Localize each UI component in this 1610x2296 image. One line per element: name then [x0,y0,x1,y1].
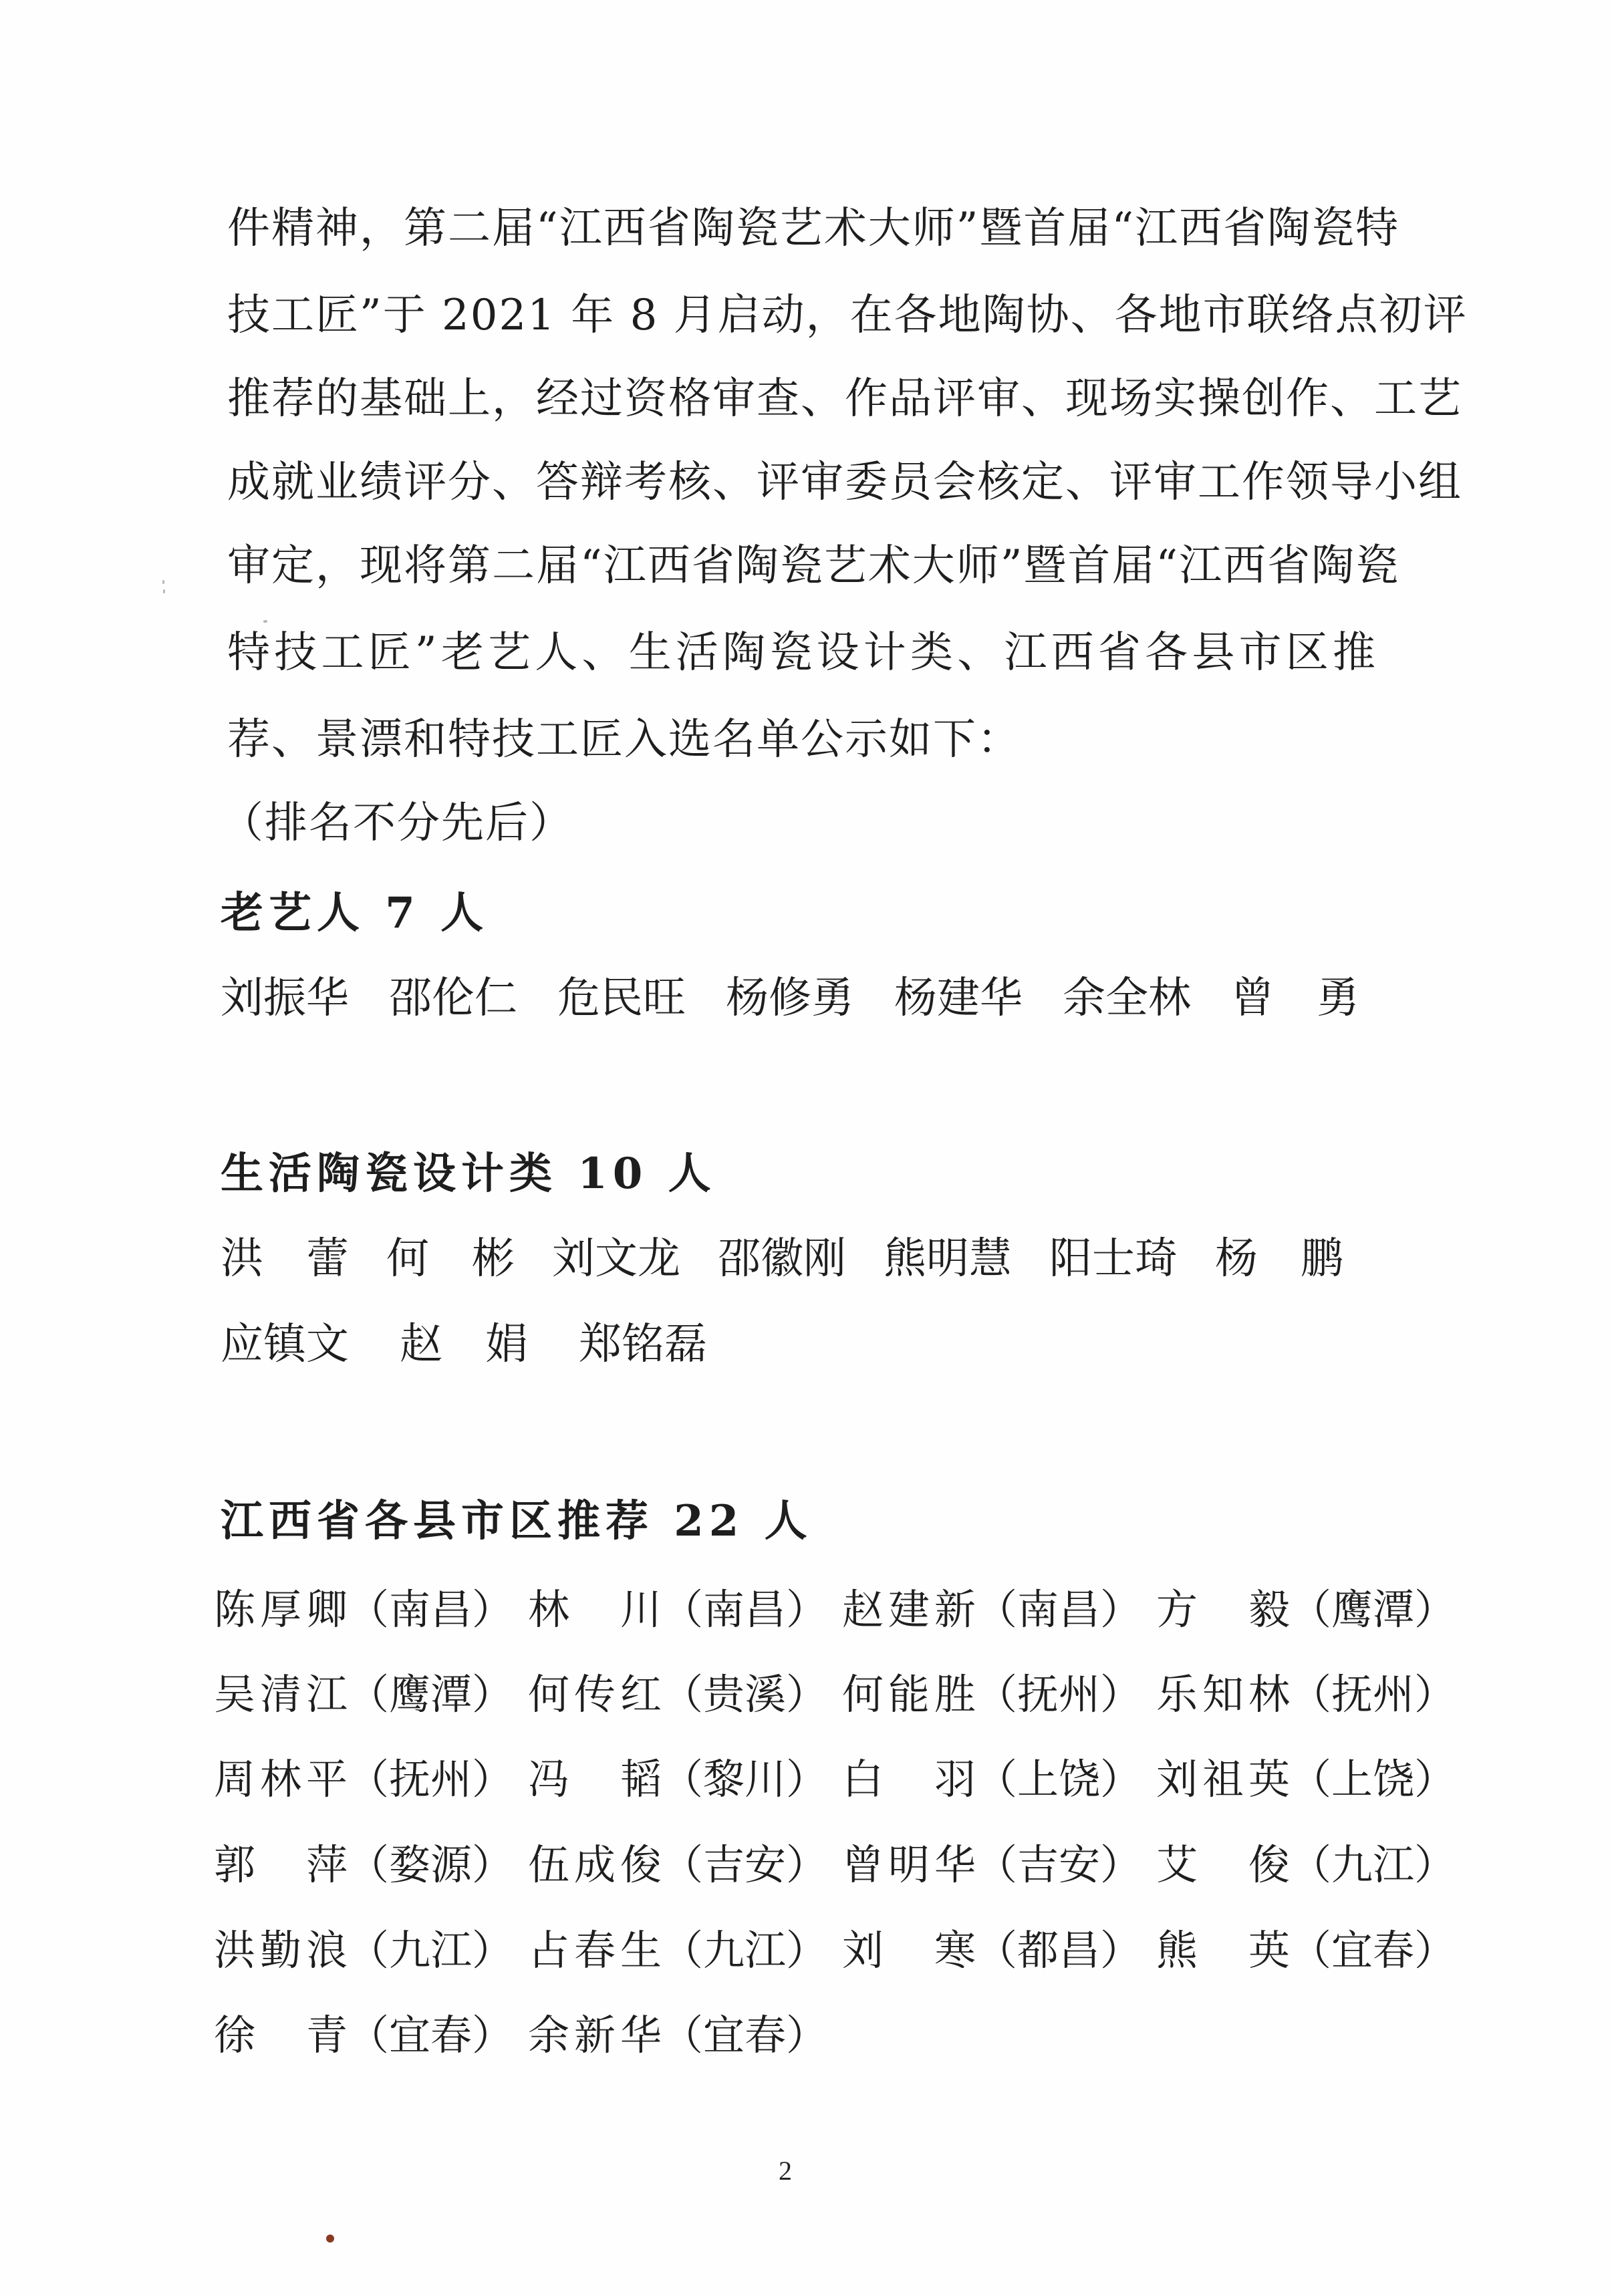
person-name: 曾明华 [842,1844,976,1886]
list-item: 刘 寒（都昌） [842,1930,1156,1971]
scan-speck [263,620,267,623]
section-heading: 生活陶瓷设计类 10 人 [221,1153,716,1195]
intro-line-1: 件精神，第二届“江西省陶瓷艺术大师”暨首届“江西省陶瓷特 [227,207,1377,250]
name-row: 应镇文 赵 娟 郑铭磊 [221,1323,758,1366]
person-name: 占春生 [528,1930,662,1971]
list-item: 阳士琦 [1049,1238,1215,1280]
region-label: （宜春） [348,2015,513,2056]
person-name: 陈厚卿 [214,1589,348,1630]
region-label: （宜春） [662,2015,827,2056]
ranking-note: （排名不分先后） [221,802,573,845]
list-item: 杨修勇 [726,977,894,1020]
person-name: 艾 俊 [1156,1844,1290,1886]
list-item: 危民旺 [557,977,726,1020]
person-name: 赵建新 [842,1589,976,1630]
person-name: 刘 寒 [842,1930,976,1971]
person-name: 徐 青 [214,2015,348,2056]
person-name: 郭 萍 [214,1844,348,1886]
list-item: 杨 鹏 [1215,1238,1349,1280]
region-row: 吴清江（鹰潭） 何传红（贵溪） 何能胜（抚州） 乐知林（抚州） [214,1674,1470,1715]
person-name: 余新华 [528,2015,662,2056]
person-name: 熊 英 [1156,1930,1290,1971]
list-item: 艾 俊（九江） [1156,1844,1470,1886]
region-row: 郭 萍（婺源） 伍成俊（吉安） 曾明华（吉安） 艾 俊（九江） [214,1844,1470,1886]
intro-line-3: 推荐的基础上，经过资格审查、作品评审、现场实操创作、工艺 [227,378,1377,420]
list-item: 郑铭磊 [579,1323,758,1366]
region-label: （南昌） [348,1589,513,1630]
person-name: 吴清江 [214,1674,348,1715]
person-name: 刘祖英 [1156,1759,1290,1800]
list-item: 刘祖英（上饶） [1156,1759,1470,1800]
person-name: 洪勤浪 [214,1930,348,1971]
person-name: 何传红 [528,1674,662,1715]
intro-line-6: 特技工匠”老艺人、生活陶瓷设计类、江西省各县市区推 [227,631,1377,674]
region-label: （贵溪） [662,1674,827,1715]
list-item: 吴清江（鹰潭） [214,1674,528,1715]
list-item: 冯 韬（黎川） [528,1759,842,1800]
region-row: 周林平（抚州） 冯 韬（黎川） 白 羽（上饶） 刘祖英（上饶） [214,1759,1470,1800]
list-item: 赵建新（南昌） [842,1589,1156,1630]
person-name: 方 毅 [1156,1589,1290,1630]
region-label: （九江） [1290,1844,1456,1886]
list-item: 杨建华 [894,977,1063,1020]
list-item: 周林平（抚州） [214,1759,528,1800]
person-name: 林 川 [528,1589,662,1630]
region-label: （九江） [662,1930,827,1971]
region-label: （吉安） [662,1844,827,1886]
region-label: （鹰潭） [348,1674,513,1715]
region-label: （鹰潭） [1290,1589,1456,1630]
region-label: （上饶） [976,1759,1142,1800]
scan-speck [163,589,165,593]
person-name: 伍成俊 [528,1844,662,1886]
intro-line-2: 技工匠”于 2021 年 8 月启动，在各地陶协、各地市联络点初评 [227,294,1377,337]
name-row: 刘振华 邵伦仁 危民旺 杨修勇 杨建华 余全林 曾 勇 [221,977,1365,1020]
list-item: 何 彬 [386,1238,552,1280]
region-row: 陈厚卿（南昌） 林 川（南昌） 赵建新（南昌） 方 毅（鹰潭） [214,1589,1470,1630]
list-item: 应镇文 [221,1323,400,1366]
intro-line-5: 审定，现将第二届“江西省陶瓷艺术大师”暨首届“江西省陶瓷 [227,545,1377,587]
region-label: （婺源） [348,1844,513,1886]
section-heading: 江西省各县市区推荐 22 人 [221,1500,813,1543]
list-item: 徐 青（宜春） [214,2015,528,2056]
region-label: （抚州） [348,1759,513,1800]
region-label: （抚州） [976,1674,1142,1715]
intro-line-7: 荐、景漂和特技工匠入选名单公示如下： [227,718,1021,761]
page-number: 2 [779,2155,792,2186]
section-heading: 老艺人 7 人 [221,892,489,935]
region-label: （南昌） [662,1589,827,1630]
list-item: 余新华（宜春） [528,2015,842,2056]
list-item: 邵徽刚 [718,1238,884,1280]
list-item: 赵 娟 [400,1323,579,1366]
list-item: 熊明慧 [884,1238,1049,1280]
person-name: 乐知林 [1156,1674,1290,1715]
list-item: 白 羽（上饶） [842,1759,1156,1800]
list-item: 方 毅（鹰潭） [1156,1589,1470,1630]
region-label: （宜春） [1290,1930,1456,1971]
person-name: 冯 韬 [528,1759,662,1800]
list-item: 伍成俊（吉安） [528,1844,842,1886]
intro-line-4: 成就业绩评分、答辩考核、评审委员会核定、评审工作领导小组 [227,461,1377,504]
region-label: （黎川） [662,1759,827,1800]
list-item: 占春生（九江） [528,1930,842,1971]
list-item: 何能胜（抚州） [842,1674,1156,1715]
person-name: 何能胜 [842,1674,976,1715]
region-label: （吉安） [976,1844,1142,1886]
list-item: 洪 蕾 [221,1238,386,1280]
region-label: （上饶） [1290,1759,1456,1800]
person-name: 白 羽 [842,1759,976,1800]
list-item: 郭 萍（婺源） [214,1844,528,1886]
list-item: 刘文龙 [552,1238,718,1280]
region-label: （都昌） [976,1930,1142,1971]
list-item: 洪勤浪（九江） [214,1930,528,1971]
list-item: 刘振华 [221,977,389,1020]
region-row: 洪勤浪（九江） 占春生（九江） 刘 寒（都昌） 熊 英（宜春） [214,1930,1470,1971]
list-item: 曾明华（吉安） [842,1844,1156,1886]
name-row: 洪 蕾 何 彬 刘文龙 邵徽刚 熊明慧 阳士琦 杨 鹏 [221,1238,1349,1280]
list-item: 曾 勇 [1231,977,1365,1020]
list-item: 熊 英（宜春） [1156,1930,1470,1971]
list-item: 陈厚卿（南昌） [214,1589,528,1630]
person-name: 周林平 [214,1759,348,1800]
list-item: 余全林 [1063,977,1231,1020]
red-ink-mark [326,2235,334,2243]
list-item: 何传红（贵溪） [528,1674,842,1715]
scan-speck [162,580,164,584]
list-item: 邵伦仁 [389,977,557,1020]
list-item: 林 川（南昌） [528,1589,842,1630]
document-page: 件精神，第二届“江西省陶瓷艺术大师”暨首届“江西省陶瓷特 技工匠”于 2021 … [0,0,1610,2296]
region-label: （南昌） [976,1589,1142,1630]
region-label: （九江） [348,1930,513,1971]
list-item: 乐知林（抚州） [1156,1674,1470,1715]
region-row: 徐 青（宜春） 余新华（宜春） [214,2015,842,2056]
region-label: （抚州） [1290,1674,1456,1715]
